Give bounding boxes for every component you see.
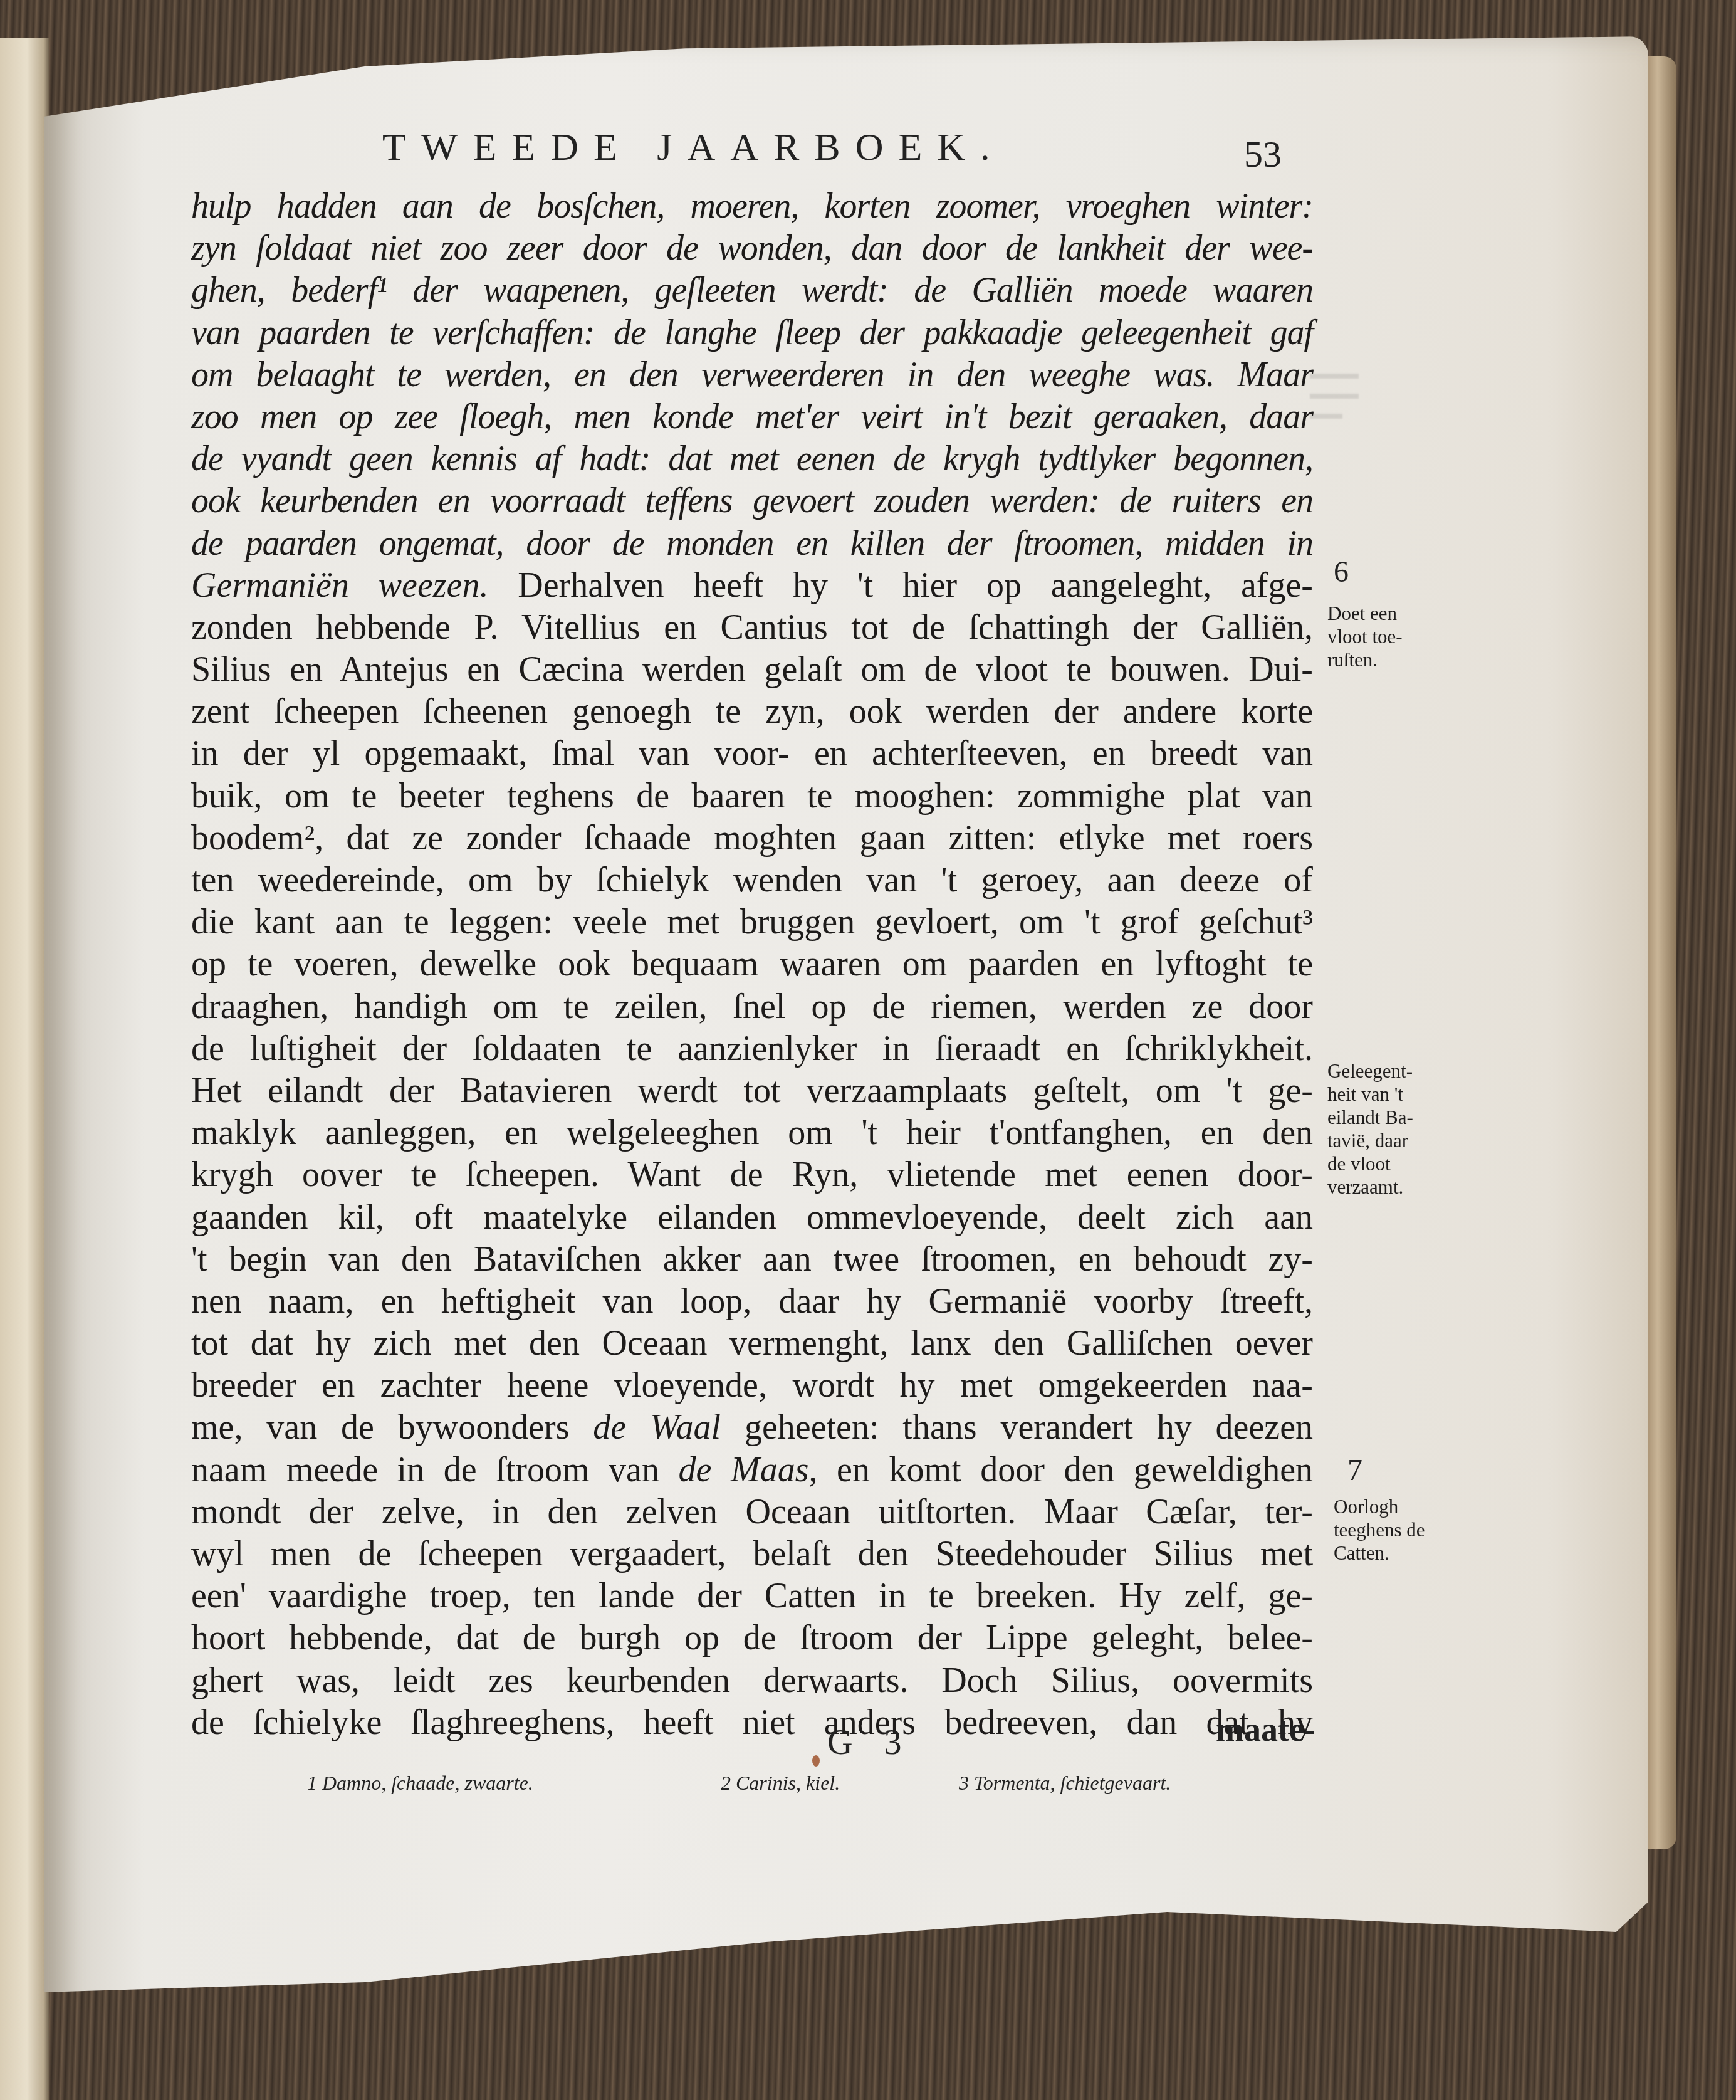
- margin-note-line: Doet een: [1327, 602, 1403, 625]
- margin-note-line: tavië, daar: [1327, 1129, 1413, 1152]
- catchword: maate-: [1216, 1710, 1315, 1749]
- bleed-through-text: ▬▬▬▬▬▬▬▬: [1310, 364, 1385, 426]
- margin-note: Oorlogh teeghens de Catten.: [1334, 1495, 1425, 1565]
- text-line: ook keurbenden en voorraadt teffens gevo…: [191, 480, 1313, 522]
- text-line: van paarden te verſchaffen: de langhe ſl…: [191, 312, 1313, 354]
- text-line: de paarden ongemat, door de monden en ki…: [191, 523, 1313, 565]
- footnote: 3 Tormenta, ſchietgevaart.: [959, 1772, 1171, 1795]
- margin-note-line: verzaamt.: [1327, 1175, 1413, 1199]
- body-text: hulp hadden aan de bosſchen, moeren, kor…: [191, 186, 1313, 1744]
- roman-segment: , en komt door den geweldighen: [808, 1451, 1313, 1489]
- italic-place-name: de Waal: [593, 1408, 721, 1447]
- text-line: de ſchielyke ſlaghreeghens, heeft niet a…: [191, 1702, 1313, 1744]
- text-line: maklyk aanleggen, en welgeleeghen om 't …: [191, 1112, 1313, 1154]
- page-number: 53: [1244, 133, 1282, 176]
- text-line: Het eilandt der Batavieren werdt tot ver…: [191, 1070, 1313, 1112]
- margin-note-line: eilandt Ba-: [1327, 1106, 1413, 1129]
- text-line: die kant aan te leggen: veele met brugge…: [191, 901, 1313, 943]
- margin-note-line: heit van 't: [1327, 1083, 1413, 1106]
- text-line: krygh oover te ſcheepen. Want de Ryn, vl…: [191, 1154, 1313, 1196]
- text-line: hulp hadden aan de bosſchen, moeren, kor…: [191, 186, 1313, 228]
- text-line: tot dat hy zich met den Oceaan vermenght…: [191, 1323, 1313, 1365]
- facing-page-edge: [0, 38, 49, 2100]
- italic-segment: Germaniën weezen.: [191, 566, 488, 605]
- margin-note-number: 6: [1334, 555, 1349, 589]
- text-line: ghen, bederf¹ der waapenen, geſleeten we…: [191, 270, 1313, 312]
- text-line: zent ſcheepen ſcheenen genoegh te zyn, o…: [191, 691, 1313, 733]
- ink-stain: [812, 1755, 820, 1767]
- text-line: breeder en zachter heene vloeyende, word…: [191, 1365, 1313, 1407]
- margin-note-number: 7: [1347, 1453, 1362, 1488]
- roman-segment: me, van de bywoonders: [191, 1408, 593, 1447]
- margin-note-line: vloot toe-: [1327, 625, 1403, 648]
- margin-note-line: Geleegent-: [1327, 1059, 1413, 1083]
- roman-segment: naam meede in de ſtroom van: [191, 1451, 679, 1489]
- text-line: zoo men op zee ſloegh, men konde met'er …: [191, 396, 1313, 438]
- text-line: de vyandt geen kennis af hadt: dat met e…: [191, 438, 1313, 480]
- text-line: in der yl opgemaakt, ſmal van voor- en a…: [191, 733, 1313, 775]
- roman-segment: geheeten: thans verandert hy deezen: [721, 1408, 1313, 1447]
- text-line: draaghen, handigh om te zeilen, ſnel op …: [191, 986, 1313, 1028]
- text-line: 't begin van den Bataviſchen akker aan t…: [191, 1239, 1313, 1281]
- margin-note-line: de vloot: [1327, 1152, 1413, 1175]
- text-line: me, van de bywoonders de Waal geheeten: …: [191, 1407, 1313, 1449]
- text-line: ghert was, leidt zes keurbenden derwaart…: [191, 1660, 1313, 1702]
- margin-note-line: teeghens de: [1334, 1518, 1425, 1541]
- text-line: wyl men de ſcheepen vergaadert, belaſt d…: [191, 1533, 1313, 1575]
- text-line: ten weedereinde, om by ſchielyk wenden v…: [191, 859, 1313, 901]
- italic-place-name: de Maas: [679, 1451, 809, 1489]
- margin-note-line: Oorlogh: [1334, 1495, 1425, 1518]
- text-line: boodem², dat ze zonder ſchaade moghten g…: [191, 817, 1313, 859]
- text-line: nen naam, en heftigheit van loop, daar h…: [191, 1281, 1313, 1323]
- text-line: buik, om te beeter teghens de baaren te …: [191, 775, 1313, 817]
- text-line: gaanden kil, oft maatelyke eilanden omme…: [191, 1197, 1313, 1239]
- margin-note: Doet een vloot toe- ruſten.: [1327, 602, 1403, 671]
- roman-segment: Derhalven heeft hy 't hier op aangeleght…: [488, 566, 1313, 605]
- text-line: mondt der zelve, in den zelven Oceaan ui…: [191, 1491, 1313, 1533]
- page-stack-edge: [1645, 56, 1676, 1849]
- text-line: een' vaardighe troep, ten lande der Catt…: [191, 1575, 1313, 1617]
- text-line: Germaniën weezen. Derhalven heeft hy 't …: [191, 565, 1313, 607]
- footnote: 1 Damno, ſchaade, zwaarte.: [307, 1772, 533, 1795]
- text-line: naam meede in de ſtroom van de Maas, en …: [191, 1449, 1313, 1491]
- margin-note-line: Catten.: [1334, 1541, 1425, 1565]
- signature-mark: G 3: [827, 1723, 912, 1763]
- running-title: TWEEDE JAARBOEK.: [382, 125, 1005, 170]
- text-line: op te voeren, dewelke ook bequaam waaren…: [191, 943, 1313, 985]
- margin-note-line: ruſten.: [1327, 648, 1403, 671]
- margin-note: Geleegent- heit van 't eilandt Ba- tavië…: [1327, 1059, 1413, 1199]
- text-line: hoort hebbende, dat de burgh op de ſtroo…: [191, 1617, 1313, 1659]
- text-line: zonden hebbende P. Vitellius en Cantius …: [191, 607, 1313, 649]
- footnote: 2 Carinis, kiel.: [721, 1772, 840, 1795]
- text-line: om belaaght te werden, en den verweerder…: [191, 354, 1313, 396]
- text-line: de luſtigheit der ſoldaaten te aanzienly…: [191, 1028, 1313, 1070]
- text-line: Silius en Antejus en Cæcina werden gelaſ…: [191, 649, 1313, 691]
- text-line: zyn ſoldaat niet zoo zeer door de wonden…: [191, 228, 1313, 270]
